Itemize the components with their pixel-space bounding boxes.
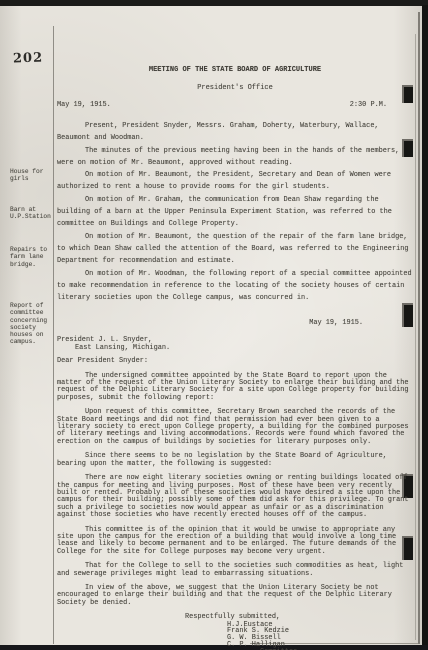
minutes-paragraph: On motion of Mr. Beaumont, the question … — [57, 231, 413, 268]
minutes-paragraph: Present, President Snyder, Messrs. Graha… — [57, 120, 413, 145]
minutes-paragraph: On motion of Mr. Beaumont, the President… — [57, 169, 413, 194]
letter-paragraph: Upon request of this committee, Secretar… — [57, 409, 415, 446]
letter-salutation: Dear President Snyder: — [57, 358, 415, 365]
margin-note-society-houses: Report of committee concerning society h… — [10, 302, 55, 346]
document-subtitle: President's Office — [57, 84, 413, 92]
letter-paragraph: There are now eight literary societies o… — [57, 475, 415, 519]
minutes-paragraph: On motion of Mr. Graham, the communicati… — [57, 194, 413, 231]
meeting-date: May 19, 1915. — [57, 101, 111, 109]
letter-date: May 19, 1915. — [57, 320, 415, 327]
letter-paragraph: The undersigned committee appointed by t… — [57, 373, 415, 403]
minutes-paragraph: The minutes of the previous meeting havi… — [57, 145, 413, 170]
letter-paragraph: This committee is of the opinion that it… — [57, 527, 415, 557]
minutes-section: MEETING OF THE STATE BOARD OF AGRICULTUR… — [57, 66, 413, 304]
signature-name: C. P. Halligan — [227, 642, 415, 649]
scanned-page: 202 House for girls Barn at U.P.Station … — [0, 0, 428, 650]
meeting-time: 2:30 P.M. — [350, 101, 387, 109]
dateline: May 19, 1915. 2:30 P.M. — [57, 101, 413, 109]
margin-note-house-for-girls: House for girls — [10, 168, 55, 183]
letter-paragraph: That for the College to sell to the soci… — [57, 563, 415, 578]
committee-letter: May 19, 1915. President J. L. Snyder, Ea… — [57, 320, 415, 650]
scan-edge-right — [422, 5, 428, 650]
margin-note-bridge-repairs: Repairs to farm lane bridge. — [10, 246, 55, 268]
page-edge-line — [418, 12, 420, 644]
minutes-paragraph: On motion of Mr. Woodman, the following … — [57, 268, 413, 305]
document-title: MEETING OF THE STATE BOARD OF AGRICULTUR… — [57, 66, 413, 74]
scan-edge-top — [0, 0, 428, 6]
page-edge-line-thin — [415, 34, 416, 640]
letter-paragraph: Since there seems to be no legislation b… — [57, 453, 415, 468]
letter-closing: Respectfully submitted, — [185, 614, 415, 621]
margin-note-barn-up-station: Barn at U.P.Station — [10, 206, 55, 221]
page-number: 202 — [13, 50, 44, 66]
letter-paragraph: In view of the above, we suggest that th… — [57, 585, 415, 607]
signature-list: H.J.Eustace Frank S. Kedzie G. W. Bissel… — [227, 622, 415, 649]
minutes-paragraphs: Present, President Snyder, Messrs. Graha… — [57, 120, 413, 304]
letter-addressee-city: East Lansing, Michigan. — [75, 345, 415, 352]
